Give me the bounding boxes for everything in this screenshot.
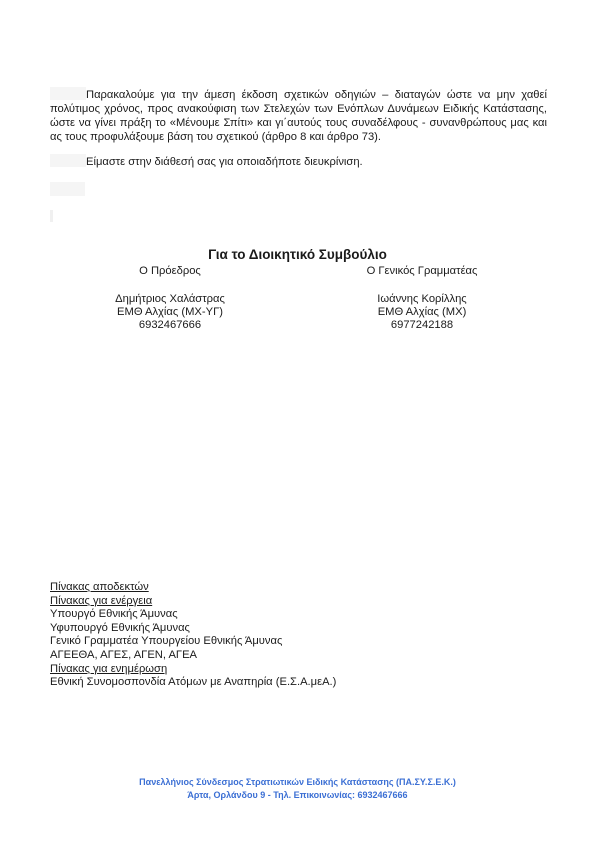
secretary-rank: ΕΜΘ Αλχίας (ΜΧ) (322, 306, 522, 320)
recipient-item: Εθνική Συνομοσπονδία Ατόμων με Αναπηρία … (50, 676, 336, 690)
recipient-item: ΑΓΕΕΘΑ, ΑΓΕΣ, ΑΓΕΝ, ΑΓΕΑ (50, 649, 336, 663)
president-name: Δημήτριος Χαλάστρας (70, 293, 270, 307)
text-cursor-marker (50, 210, 53, 222)
recipient-item: Γενικό Γραμματέα Υπουργείου Εθνικής Άμυν… (50, 635, 336, 649)
president-rank: ΕΜΘ Αλχίας (ΜΧ-ΥΓ) (70, 306, 270, 320)
availability-paragraph-text: Είμαστε στην διάθεσή σας για οποιαδήποτε… (86, 156, 363, 168)
availability-paragraph: Είμαστε στην διάθεσή σας για οποιαδήποτε… (50, 154, 547, 169)
action-recipients-heading: Πίνακας για ενέργεια (50, 595, 336, 609)
president-phone: 6932467666 (70, 319, 270, 333)
recipients-heading: Πίνακας αποδεκτών (50, 581, 336, 595)
secretary-phone: 6977242188 (322, 319, 522, 333)
empty-paragraph-marker (50, 182, 85, 196)
organization-footer: Πανελλήνιος Σύνδεσμος Στρατιωτικών Ειδικ… (0, 776, 595, 802)
indent-marker (50, 87, 86, 100)
recipients-list: Πίνακας αποδεκτών Πίνακας για ενέργεια Υ… (50, 581, 336, 690)
footer-organization-name: Πανελλήνιος Σύνδεσμος Στρατιωτικών Ειδικ… (0, 776, 595, 789)
secretary-role: Ο Γενικός Γραμματέας (322, 265, 522, 279)
president-role: Ο Πρόεδρος (70, 265, 270, 279)
secretary-name: Ιωάννης Κορίλλης (322, 293, 522, 307)
request-paragraph: Παρακαλούμε για την άμεση έκδοση σχετικώ… (50, 87, 547, 144)
recipient-item: Υπουργό Εθνικής Άμυνας (50, 608, 336, 622)
board-signature-title: Για το Διοικητικό Συμβούλιο (0, 247, 595, 262)
document-page: Παρακαλούμε για την άμεση έκδοση σχετικώ… (0, 0, 595, 842)
footer-address: Άρτα, Ορλάνδου 9 - Τηλ. Επικοινωνίας: 69… (0, 789, 595, 802)
indent-marker (50, 154, 86, 167)
recipient-item: Υφυπουργό Εθνικής Άμυνας (50, 622, 336, 636)
request-paragraph-text: Παρακαλούμε για την άμεση έκδοση σχετικώ… (50, 89, 547, 143)
info-recipients-heading: Πίνακας για ενημέρωση (50, 663, 336, 677)
